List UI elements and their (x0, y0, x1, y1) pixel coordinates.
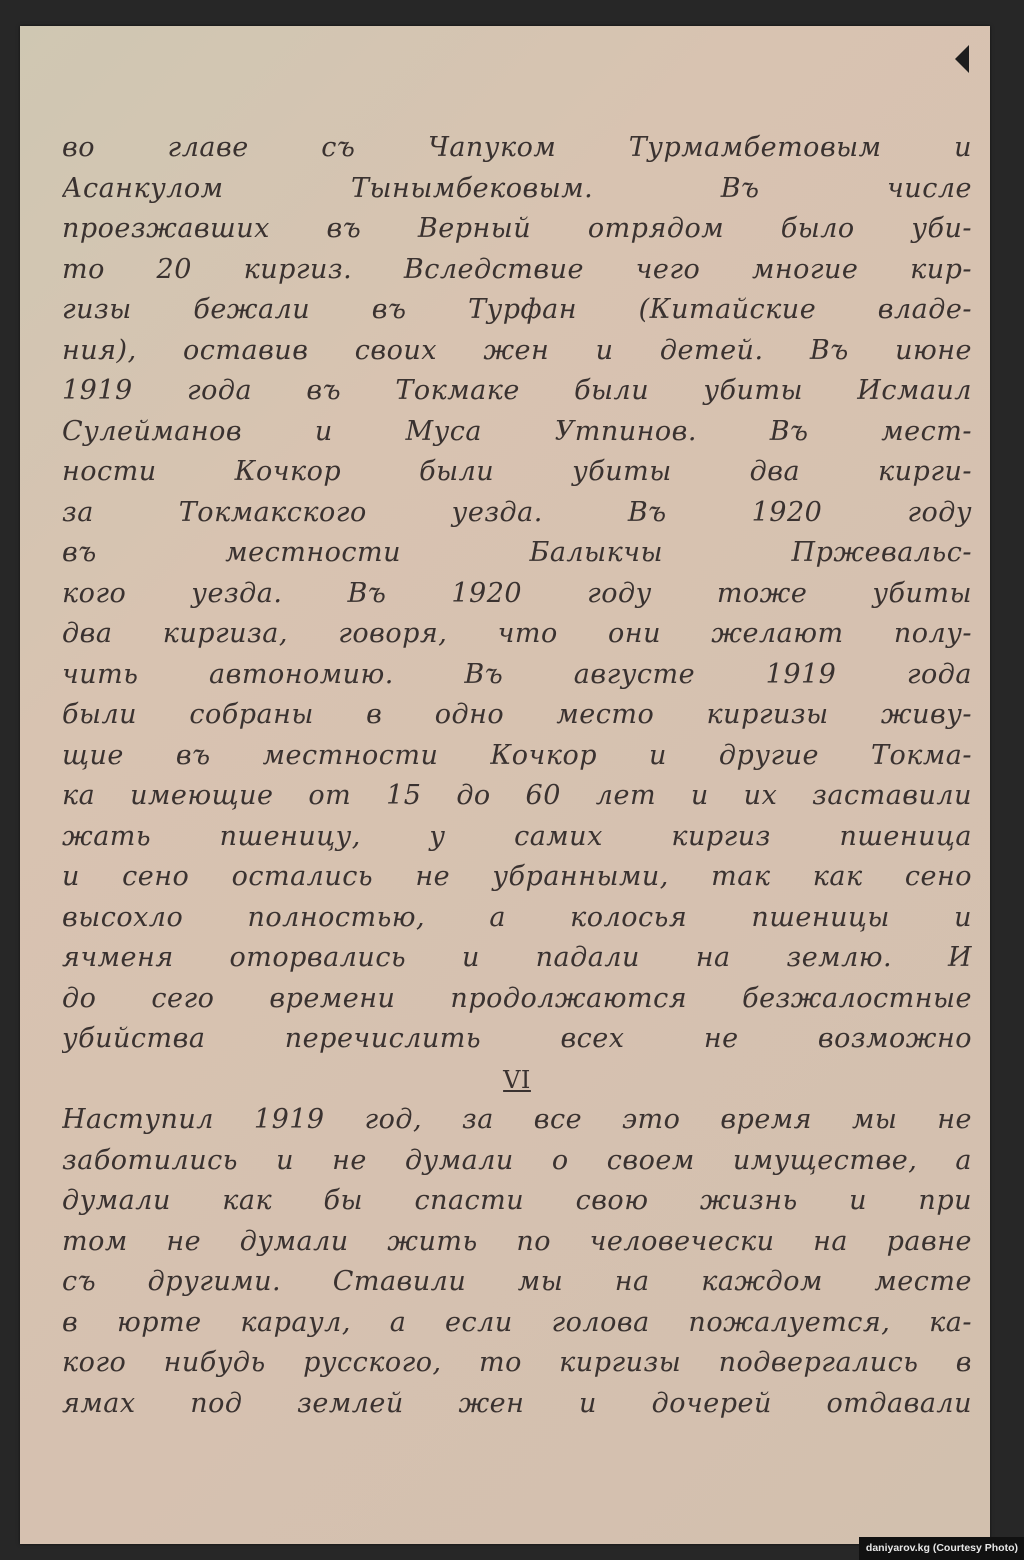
text-line: щие въ местности Кочкор и другие Токма- (62, 736, 972, 777)
text-line: чить автономию. Въ августе 1919 года (62, 655, 972, 696)
text-line: заботились и не думали о своем имуществе… (62, 1141, 972, 1182)
text-line: высохло полностью, а колосья пшеницы и (62, 898, 972, 939)
text-line: думали как бы спасти свою жизнь и при (62, 1181, 972, 1222)
text-line: Асанкулом Тынымбековым. Въ числе (62, 169, 972, 210)
text-line: проезжавших въ Верный отрядом было уби- (62, 209, 972, 250)
text-line: кого нибудь русского, то киргизы подверг… (62, 1343, 972, 1384)
text-line: и сено остались не убранными, так как се… (62, 857, 972, 898)
text-line: ямах под землей жен и дочерей отдавали (62, 1384, 972, 1425)
text-line: 1919 года въ Токмаке были убиты Исмаил (62, 371, 972, 412)
text-line: во главе съ Чапуком Турмамбетовым и (62, 128, 972, 169)
triangle-page-marker-icon (955, 45, 969, 73)
text-line: ности Кочкор были убиты два кирги- (62, 452, 972, 493)
text-line: кого уезда. Въ 1920 году тоже убиты (62, 574, 972, 615)
section-number: VI (62, 1060, 972, 1101)
text-line: ка имеющие от 15 до 60 лет и их заставил… (62, 776, 972, 817)
text-line: жать пшеницу, у самих киргиз пшеница (62, 817, 972, 858)
text-line: Наступил 1919 год, за все это время мы н… (62, 1100, 972, 1141)
text-line: были собраны в одно место киргизы живу- (62, 695, 972, 736)
text-line: убийства перечислить всех не возможно (62, 1019, 972, 1060)
text-line: то 20 киргиз. Вследствие чего многие кир… (62, 250, 972, 291)
photo-credit: daniyarov.kg (Courtesy Photo) (859, 1537, 1024, 1560)
text-line: два киргиза, говоря, что они желают полу… (62, 614, 972, 655)
text-line: том не думали жить по человечески на рав… (62, 1222, 972, 1263)
text-line: Сулейманов и Муса Утпинов. Въ мест- (62, 412, 972, 453)
text-line: съ другими. Ставили мы на каждом месте (62, 1262, 972, 1303)
handwritten-text: во главе съ Чапуком Турмамбетовым и Асан… (62, 128, 972, 1424)
text-line: ния), оставив своих жен и детей. Въ июне (62, 331, 972, 372)
text-line: за Токмакского уезда. Въ 1920 году (62, 493, 972, 534)
text-line: въ местности Балыкчы Пржевальс- (62, 533, 972, 574)
text-line: ячменя оторвались и падали на землю. И (62, 938, 972, 979)
text-line: гизы бежали въ Турфан (Китайские владе- (62, 290, 972, 331)
text-line: до сего времени продолжаются безжалостны… (62, 979, 972, 1020)
text-line: в юрте караул, а если голова пожалуется,… (62, 1303, 972, 1344)
